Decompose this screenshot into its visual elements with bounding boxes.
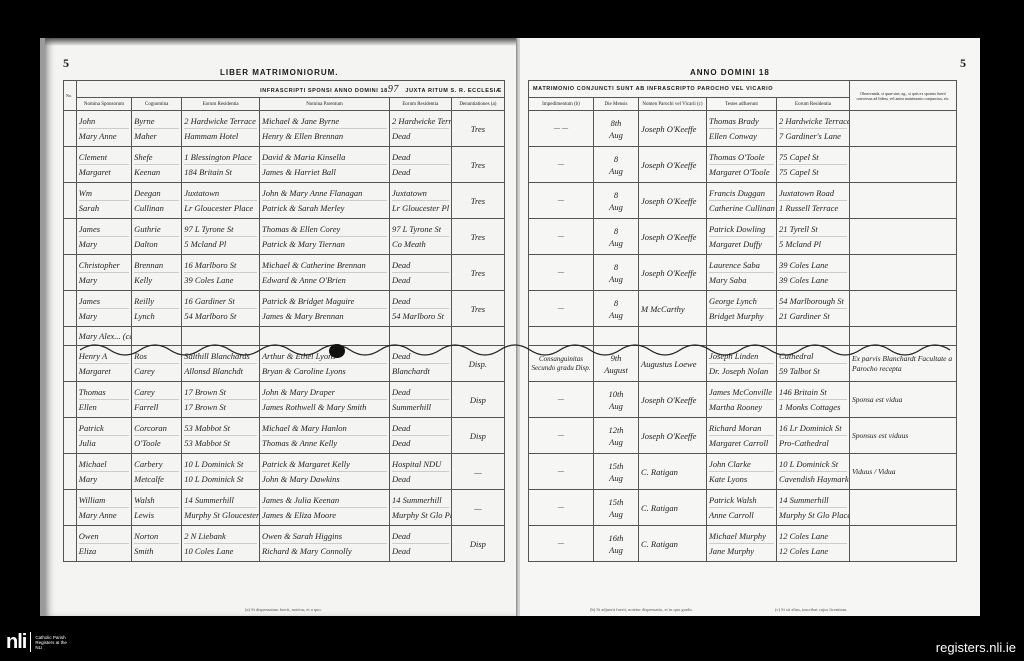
footnote-c: (c) Si sit alius, inscribat cujus licent… (775, 607, 847, 612)
right-entries: — —8thAugJoseph O'KeeffeThomas BradyElle… (529, 111, 957, 562)
site-link[interactable]: registers.nli.ie (936, 640, 1016, 655)
cell-date: 8Aug (594, 147, 639, 183)
cell-surnames: NortonSmith (132, 526, 182, 562)
handwritten-line: 10 L Dominick St (184, 472, 257, 486)
cell-notes (850, 255, 957, 291)
handwritten-line: James & Mary Brennan (262, 309, 387, 323)
handwritten-line: Cavendish Haymarket (779, 472, 847, 486)
handwritten-line: Patrick & Bridget Maguire (262, 294, 387, 309)
handwritten-line: 12 Coles Lane (779, 544, 847, 558)
handwritten-line: Keenan (134, 165, 179, 179)
handwritten-line: Dead (392, 258, 449, 273)
handwritten-line: 39 Coles Lane (184, 273, 257, 287)
handwritten-line: Dead (392, 150, 449, 165)
handwritten-line: Kate Lyons (709, 472, 774, 486)
handwritten-line: Patrick & Margaret Kelly (262, 457, 387, 472)
handwritten-line: Owen & Sarah Higgins (262, 529, 387, 544)
col-header-date: Die Mensis (594, 98, 639, 111)
handwritten-line: Michael (79, 457, 129, 472)
handwritten-line: Mary Saba (709, 273, 774, 287)
cell-banns: Tres (451, 219, 504, 255)
cell-impediment: — (529, 526, 594, 562)
handwritten-line: Dead (392, 472, 449, 486)
handwritten-line: 54 Marlboro St (392, 309, 449, 323)
handwritten-line: Hammam Hotel (184, 129, 257, 143)
handwritten-line: John Clarke (709, 457, 774, 472)
cell-date: 15thAug (594, 490, 639, 526)
handwritten-line: 75 Capel St (779, 150, 847, 165)
handwritten-line: James Rothwell & Mary Smith (262, 400, 387, 414)
cell-residence: 16 Marlboro St39 Coles Lane (182, 255, 260, 291)
handwritten-line: 5 Mcland Pl (184, 237, 257, 251)
cell-surnames: DeeganCullinan (132, 183, 182, 219)
row-number (64, 454, 77, 490)
cell-priest: Joseph O'Keeffe (639, 418, 707, 454)
row-number (64, 526, 77, 562)
logo-separator (30, 632, 31, 652)
cell-surnames: BrennanKelly (132, 255, 182, 291)
cell-date: 8Aug (594, 183, 639, 219)
cell-names: JamesMary (76, 291, 131, 327)
handwritten-line: Margaret O'Toole (709, 165, 774, 179)
handwritten-line: Mary (79, 273, 129, 287)
handwritten-line: Julia (79, 436, 129, 450)
handwritten-line: 5 Mcland Pl (779, 237, 847, 251)
cell-parents: Michael & Catherine BrennanEdward & Anne… (259, 255, 389, 291)
cell-notes (850, 147, 957, 183)
cell-witnesses: Thomas BradyEllen Conway (707, 111, 777, 147)
handwritten-line: Byrne (134, 114, 179, 129)
col-header-notes: Observanda, si quae sint; ag., si quis e… (850, 81, 957, 111)
handwritten-line: Dr. Joseph Nolan (709, 364, 774, 378)
cell-surnames: CareyFarrell (132, 382, 182, 418)
col-header-residence: Eorum Residentia (182, 98, 260, 111)
cell-priest: C. Ratigan (639, 490, 707, 526)
handwritten-line: Dead (392, 544, 449, 558)
handwritten-line: 16 Marlboro St (184, 258, 257, 273)
handwritten-line: Ellen Conway (709, 129, 774, 143)
col-header-parents: Nomina Parentum (259, 98, 389, 111)
handwritten-line: Shefe (134, 150, 179, 165)
left-page: 5 LIBER MATRIMONIORUM. No. INFRASCRIPTI … (40, 38, 523, 616)
col-header-parents-residence: Eorum Residentia (389, 98, 451, 111)
cell-surnames: GuthrieDalton (132, 219, 182, 255)
table-row: JohnMary AnneByrneMaher2 Hardwicke Terra… (64, 111, 505, 147)
row-number (64, 346, 77, 382)
cell-parents-residence: DeadDead (389, 418, 451, 454)
handwritten-line: Edward & Anne O'Brien (262, 273, 387, 287)
cell-residence: 2 N Liebank10 Coles Lane (182, 526, 260, 562)
handwritten-line: 184 Britain St (184, 165, 257, 179)
table-row: —8AugJoseph O'KeeffeLaurence SabaMary Sa… (529, 255, 957, 291)
handwritten-line: Thomas & Ellen Corey (262, 222, 387, 237)
handwritten-line: Mary Anne (79, 129, 129, 143)
handwritten-line: 1 Blessington Place (184, 150, 257, 165)
cell-impediment: — (529, 255, 594, 291)
handwritten-line: Patrick & Mary Tiernan (262, 237, 387, 251)
handwritten-line: John & Mary Draper (262, 385, 387, 400)
handwritten-line: 1 Russell Terrace (779, 201, 847, 215)
cell-impediment: — (529, 147, 594, 183)
handwritten-line: Dead (392, 273, 449, 287)
col-header-priest: Nomen Parochi vel Vicarii (c) (639, 98, 707, 111)
page-title: ANNO DOMINI 18 (690, 68, 770, 77)
table-row: JamesMaryReillyLynch16 Gardiner St54 Mar… (64, 291, 505, 327)
handwritten-line: 17 Brown St (184, 385, 257, 400)
cell-witness-residence: 39 Coles Lane39 Coles Lane (777, 255, 850, 291)
handwritten-line: James & Harriet Ball (262, 165, 387, 179)
left-entries: JohnMary AnneByrneMaher2 Hardwicke Terra… (64, 111, 505, 562)
cell-witnesses: John ClarkeKate Lyons (707, 454, 777, 490)
handwritten-line: Co Meath (392, 237, 449, 251)
cell-residence: 1 Blessington Place184 Britain St (182, 147, 260, 183)
cell-parents-residence: 97 L Tyrone StCo Meath (389, 219, 451, 255)
table-row: MichaelMaryCarberyMetcalfe10 L Dominick … (64, 454, 505, 490)
cell-residence: JuxtatownLr Gloucester Place (182, 183, 260, 219)
cell-surnames: ShefeKeenan (132, 147, 182, 183)
cell-surnames: CarberyMetcalfe (132, 454, 182, 490)
handwritten-line: James (79, 222, 129, 237)
handwritten-line: Patrick (79, 421, 129, 436)
page-number: 5 (63, 56, 69, 71)
table-row: —8AugJoseph O'KeeffeThomas O'TooleMargar… (529, 147, 957, 183)
row-number (64, 255, 77, 291)
cell-banns: Tres (451, 183, 504, 219)
handwritten-line: Bryan & Caroline Lyons (262, 364, 387, 378)
table-row: ThomasEllenCareyFarrell17 Brown St17 Bro… (64, 382, 505, 418)
cell-witnesses: Michael MurphyJane Murphy (707, 526, 777, 562)
handwritten-line: Murphy St Glo Place (392, 508, 449, 522)
handwritten-line: 10 L Dominick St (184, 457, 257, 472)
cell-names: JohnMary Anne (76, 111, 131, 147)
handwritten-line: Thomas & Anne Kelly (262, 436, 387, 450)
cell-names: ThomasEllen (76, 382, 131, 418)
handwritten-line: Laurence Saba (709, 258, 774, 273)
handwritten-line: 54 Marlborough St (779, 294, 847, 309)
marriage-register-table-left: No. INFRASCRIPTI SPONSI ANNO DOMINI 1897… (63, 80, 505, 562)
table-row: WilliamMary AnneWalshLewis14 SummerhillM… (64, 490, 505, 526)
cell-witnesses: Thomas O'TooleMargaret O'Toole (707, 147, 777, 183)
handwritten-line: Bridget Murphy (709, 309, 774, 323)
cell-witness-residence: 16 Lr Dominick StPro-Cathedral (777, 418, 850, 454)
row-number (64, 147, 77, 183)
handwritten-line: 1 Monks Cottages (779, 400, 847, 414)
cell-residence: 53 Mabbot St53 Mabbot St (182, 418, 260, 454)
handwritten-line: 21 Gardiner St (779, 309, 847, 323)
logo-mark: nli (6, 632, 26, 652)
cell-parents-residence: Dead54 Marlboro St (389, 291, 451, 327)
handwritten-line: 2 N Liebank (184, 529, 257, 544)
handwritten-line: Dead (392, 165, 449, 179)
table-banner: MATRIMONIO CONJUNCTI SUNT AB INFRASCRIPT… (529, 81, 850, 98)
handwritten-line: Carey (134, 364, 179, 378)
handwritten-line: 16 Lr Dominick St (779, 421, 847, 436)
nli-logo: nli Catholic Parish Registers at the NLI (6, 632, 69, 652)
col-header-witnesses: Testes adfuerunt (707, 98, 777, 111)
handwritten-line: 59 Talbot St (779, 364, 847, 378)
handwritten-line: Dalton (134, 237, 179, 251)
handwritten-line: Lewis (134, 508, 179, 522)
handwritten-line: James McConville (709, 385, 774, 400)
cell-surnames: ReillyLynch (132, 291, 182, 327)
handwritten-line: Carbery (134, 457, 179, 472)
cell-banns: — (451, 490, 504, 526)
handwritten-line: Michael & Jane Byrne (262, 114, 387, 129)
row-number (64, 382, 77, 418)
table-banner: INFRASCRIPTI SPONSI ANNO DOMINI 1897 JUX… (76, 81, 504, 98)
handwritten-line: Mary (79, 237, 129, 251)
handwritten-line: Brennan (134, 258, 179, 273)
col-header-names: Nomina Sponsorum (76, 98, 131, 111)
cell-priest: Joseph O'Keeffe (639, 183, 707, 219)
cell-residence: 14 SummerhillMurphy St Gloucester Place (182, 490, 260, 526)
table-row: —8AugM McCarthyGeorge LynchBridget Murph… (529, 291, 957, 327)
handwritten-line: 97 L Tyrone St (184, 222, 257, 237)
cell-residence: 97 L Tyrone St5 Mcland Pl (182, 219, 260, 255)
cell-witnesses: James McConvilleMartha Rooney (707, 382, 777, 418)
cell-date: 8Aug (594, 219, 639, 255)
table-row: — —8thAugJoseph O'KeeffeThomas BradyElle… (529, 111, 957, 147)
cell-witnesses: Patrick WalshAnne Carroll (707, 490, 777, 526)
cell-impediment: — (529, 418, 594, 454)
cell-notes: Sponsa est vidua (850, 382, 957, 418)
row-number (64, 291, 77, 327)
handwritten-line: Cullinan (134, 201, 179, 215)
cell-parents-residence: DeadDead (389, 147, 451, 183)
row-number (64, 111, 77, 147)
handwritten-line: Henry & Ellen Brennan (262, 129, 387, 143)
handwritten-line: 17 Brown St (184, 400, 257, 414)
col-header-banns: Denuntiationes (a) (451, 98, 504, 111)
handwritten-line: Dead (392, 436, 449, 450)
cell-witnesses: Laurence SabaMary Saba (707, 255, 777, 291)
cell-parents-residence: Hospital NDUDead (389, 454, 451, 490)
handwritten-line: 10 L Dominick St (779, 457, 847, 472)
page-title: LIBER MATRIMONIORUM. (220, 68, 339, 77)
handwritten-line: Richard Moran (709, 421, 774, 436)
cell-surnames: WalshLewis (132, 490, 182, 526)
cell-notes (850, 526, 957, 562)
cell-parents-residence: DeadDead (389, 255, 451, 291)
cell-banns: Disp (451, 526, 504, 562)
handwritten-line: Clement (79, 150, 129, 165)
table-row: —8AugJoseph O'KeeffeFrancis DugganCather… (529, 183, 957, 219)
table-row: OwenElizaNortonSmith2 N Liebank10 Coles … (64, 526, 505, 562)
cell-names: ClementMargaret (76, 147, 131, 183)
table-row: —10thAugJoseph O'KeeffeJames McConvilleM… (529, 382, 957, 418)
handwritten-line: Carey (134, 385, 179, 400)
cell-impediment: — (529, 219, 594, 255)
cell-impediment: — (529, 183, 594, 219)
table-row: —15thAugC. RatiganJohn ClarkeKate Lyons1… (529, 454, 957, 490)
cell-banns: Disp (451, 382, 504, 418)
table-row: PatrickJuliaCorcoranO'Toole53 Mabbot St5… (64, 418, 505, 454)
handwritten-line: John & Mary Anne Flanagan (262, 186, 387, 201)
table-row: —16thAugC. RatiganMichael MurphyJane Mur… (529, 526, 957, 562)
cell-parents-residence: 14 SummerhillMurphy St Glo Place (389, 490, 451, 526)
handwritten-line: Mary (79, 472, 129, 486)
cell-impediment: — — (529, 111, 594, 147)
handwritten-line: Ellen (79, 400, 129, 414)
row-number (64, 418, 77, 454)
handwritten-line: Margaret Duffy (709, 237, 774, 251)
handwritten-line: Blanchardt (392, 364, 449, 378)
handwritten-line: Juxtatown (184, 186, 257, 201)
handwritten-line: Lynch (134, 309, 179, 323)
cell-witness-residence: 75 Capel St75 Capel St (777, 147, 850, 183)
page-number: 5 (960, 56, 966, 71)
handwritten-line: Michael & Mary Hanlon (262, 421, 387, 436)
cell-parents: John & Mary DraperJames Rothwell & Mary … (259, 382, 389, 418)
cell-banns: Disp (451, 418, 504, 454)
handwritten-line: Farrell (134, 400, 179, 414)
handwritten-line: 146 Britain St (779, 385, 847, 400)
cell-notes: Sponsus est viduus (850, 418, 957, 454)
footnote: (a) Si dispensatum fuerit, notetur, et a… (245, 607, 322, 612)
cell-priest: Joseph O'Keeffe (639, 382, 707, 418)
row-number (64, 183, 77, 219)
cell-names: JamesMary (76, 219, 131, 255)
handwritten-line: Richard & Mary Connolly (262, 544, 387, 558)
cell-residence: 2 Hardwicke TerraceHammam Hotel (182, 111, 260, 147)
handwritten-line: Guthrie (134, 222, 179, 237)
cell-witness-residence: 54 Marlborough St21 Gardiner St (777, 291, 850, 327)
handwritten-line: Michael Murphy (709, 529, 774, 544)
row-number (64, 327, 77, 346)
register-book-spread: 5 LIBER MATRIMONIORUM. No. INFRASCRIPTI … (40, 38, 978, 616)
cell-priest: Joseph O'Keeffe (639, 147, 707, 183)
handwritten-line: Smith (134, 544, 179, 558)
cell-names: MichaelMary (76, 454, 131, 490)
cell-impediment: — (529, 454, 594, 490)
cell-parents-residence: DeadDead (389, 526, 451, 562)
handwritten-line: John (79, 114, 129, 129)
handwritten-line: Patrick Walsh (709, 493, 774, 508)
handwritten-line: 10 Coles Lane (184, 544, 257, 558)
handwritten-line: Corcoran (134, 421, 179, 436)
handwritten-line: Reilly (134, 294, 179, 309)
cell-parents-residence: DeadSummerhill (389, 382, 451, 418)
cell-surnames: CorcoranO'Toole (132, 418, 182, 454)
handwritten-line: 14 Summerhill (184, 493, 257, 508)
handwritten-line: Deegan (134, 186, 179, 201)
cell-names: WilliamMary Anne (76, 490, 131, 526)
handwritten-line: Catherine Cullinan (709, 201, 774, 215)
handwritten-line: 21 Tyrell St (779, 222, 847, 237)
handwritten-line: Walsh (134, 493, 179, 508)
table-row: —15thAugC. RatiganPatrick WalshAnne Carr… (529, 490, 957, 526)
cell-parents: Thomas & Ellen CoreyPatrick & Mary Tiern… (259, 219, 389, 255)
col-header-surnames: Cognomina (132, 98, 182, 111)
cell-witness-residence: 12 Coles Lane12 Coles Lane (777, 526, 850, 562)
cell-witness-residence: 21 Tyrell St5 Mcland Pl (777, 219, 850, 255)
cell-notes: Viduus / Vidua (850, 454, 957, 490)
table-row: —12thAugJoseph O'KeeffeRichard MoranMarg… (529, 418, 957, 454)
handwritten-line: 2 Hardwicke Terrace (392, 114, 449, 129)
cell-priest: M McCarthy (639, 291, 707, 327)
handwritten-line: 7 Gardiner's Lane (779, 129, 847, 143)
handwritten-line: 2 Hardwicke Terrace (184, 114, 257, 129)
cell-witness-residence: 14 SummerhillMurphy St Glo Place (777, 490, 850, 526)
cell-notes (850, 490, 957, 526)
handwritten-line: 53 Mabbot St (184, 436, 257, 450)
footnote-b: (b) Si adjuerit fuerit, notetur dispensa… (590, 607, 693, 612)
handwritten-line: 14 Summerhill (392, 493, 449, 508)
cell-witnesses: Francis DugganCatherine Cullinan (707, 183, 777, 219)
handwritten-line: Thomas O'Toole (709, 150, 774, 165)
cell-priest: Joseph O'Keeffe (639, 219, 707, 255)
cell-residence: 17 Brown St17 Brown St (182, 382, 260, 418)
cell-notes (850, 183, 957, 219)
cell-names: OwenEliza (76, 526, 131, 562)
handwritten-line: Margaret (79, 165, 129, 179)
cell-parents: David & Maria KinsellaJames & Harriet Ba… (259, 147, 389, 183)
number-column-header: No. (64, 81, 77, 111)
cell-date: 16thAug (594, 526, 639, 562)
cell-impediment: — (529, 291, 594, 327)
handwritten-line: James & Eliza Moore (262, 508, 387, 522)
cell-priest: Joseph O'Keeffe (639, 111, 707, 147)
page-edge-shadow (45, 38, 523, 46)
row-number (64, 490, 77, 526)
cell-date: 8Aug (594, 291, 639, 327)
cell-parents: John & Mary Anne FlanaganPatrick & Sarah… (259, 183, 389, 219)
handwritten-line: Owen (79, 529, 129, 544)
cell-parents: Michael & Jane ByrneHenry & Ellen Brenna… (259, 111, 389, 147)
handwritten-line: Metcalfe (134, 472, 179, 486)
handwritten-line: Mary Anne (79, 508, 129, 522)
handwritten-line: Pro-Cathedral (779, 436, 847, 450)
handwritten-line: Lr Gloucester Place (184, 201, 257, 215)
cell-date: 10thAug (594, 382, 639, 418)
cell-witnesses: Patrick DowlingMargaret Duffy (707, 219, 777, 255)
handwritten-line: Summerhill (392, 400, 449, 414)
handwritten-line: 97 L Tyrone St (392, 222, 449, 237)
handwritten-line: Maher (134, 129, 179, 143)
cell-witness-residence: 10 L Dominick StCavendish Haymarket (777, 454, 850, 490)
cell-priest: C. Ratigan (639, 454, 707, 490)
cell-names: ChristopherMary (76, 255, 131, 291)
cell-parents: Michael & Mary HanlonThomas & Anne Kelly (259, 418, 389, 454)
handwritten-line: Murphy St Glo Place (779, 508, 847, 522)
handwritten-line: Francis Duggan (709, 186, 774, 201)
handwritten-line: 39 Coles Lane (779, 273, 847, 287)
handwritten-line: 39 Coles Lane (779, 258, 847, 273)
cell-impediment: — (529, 382, 594, 418)
cell-banns: Tres (451, 291, 504, 327)
handwritten-line: 53 Mabbot St (184, 421, 257, 436)
handwritten-line: O'Toole (134, 436, 179, 450)
cell-witnesses: George LynchBridget Murphy (707, 291, 777, 327)
table-row: JamesMaryGuthrieDalton97 L Tyrone St5 Mc… (64, 219, 505, 255)
handwritten-line: 2 Hardwicke Terrace (779, 114, 847, 129)
cell-residence: 16 Gardiner St54 Marlboro St (182, 291, 260, 327)
handwritten-line: James (79, 294, 129, 309)
handwritten-line: John & Mary Dawkins (262, 472, 387, 486)
row-number (64, 219, 77, 255)
handwritten-line: 54 Marlboro St (184, 309, 257, 323)
handwritten-line: Lr Gloucester Pl (392, 201, 449, 215)
handwritten-line: David & Maria Kinsella (262, 150, 387, 165)
handwritten-line: George Lynch (709, 294, 774, 309)
handwritten-line: Michael & Catherine Brennan (262, 258, 387, 273)
cancellation-squiggle (80, 338, 970, 362)
cell-witness-residence: 2 Hardwicke Terrace7 Gardiner's Lane (777, 111, 850, 147)
handwritten-line: Dead (392, 421, 449, 436)
handwritten-line: Christopher (79, 258, 129, 273)
cell-notes (850, 291, 957, 327)
cell-priest: Joseph O'Keeffe (639, 255, 707, 291)
